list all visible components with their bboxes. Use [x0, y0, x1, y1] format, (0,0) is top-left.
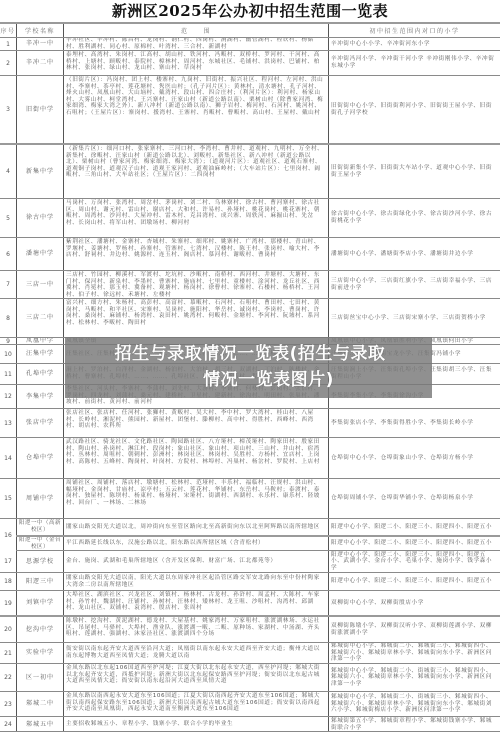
feeder-primary-text: 辛冲街冯河小学、辛冲街干河小学 辛冲街刚伟小学、辛冲街东城小学: [331, 56, 498, 69]
row-number-cell: 16: [0, 519, 16, 551]
school-name: 思源学校: [26, 558, 54, 566]
feeder-primary-cell: 辛冲街中心小小学、辛冲街河东小学: [328, 38, 500, 50]
enrollment-range-text: 紫荆社区、潘塘村、金寨村、杏城村、朱寨村、细邦村、姚寨村、广湾村、那楼村、青山村…: [66, 239, 326, 259]
feeder-primary-cell: 李集街张店小学、李集街得胜小学、李集街长岭小学: [328, 409, 500, 437]
feeder-primary-text: 阳逻中心小学、阳逻二小、阳逻三小、阳逻四小、阳逻五小: [331, 524, 498, 531]
table-row: 17思源学校金台、施岗、武湖和毛巢所辖地区（含开发区保利、财富广场、江北都苑等）…: [0, 550, 500, 572]
enrollment-range-cell: 閣家山路交阳光大道以北，周冲街向东至管区路向北至高新街向东以北至阿辉路以南所辖地…: [63, 519, 328, 535]
school-name: 阳逻一中（高新校区）: [17, 520, 63, 534]
header-primary-label: 初中招生范围内对口的小学: [369, 26, 459, 35]
school-name-cell: 辛冲二中: [16, 51, 63, 75]
row-number: 1: [6, 41, 10, 48]
feeder-primary-text: 邾城街中心小学、邾城街二小、街城街三小、邾城街四小、邾城街六小、邾城街章林小学、…: [331, 668, 498, 688]
header-no-label: 序号: [0, 26, 15, 35]
feeder-primary-cell: 邾城街第五小学、邾城街章程小学、邾城街钱寨小学、邾城街联合小学: [328, 717, 500, 732]
feeder-primary-text: 仓埠街周铺小学、仓埠街华铺小学、仓埠街杨泉小学: [331, 495, 498, 502]
feeder-primary-text: 阳逻中心小学、阳逻二小、阳逻三小、阳逻四小、阳逻五小: [331, 540, 498, 547]
table-row: 阳逻一中（金台校区）平江西路延长线以东，汉施公路以北，阳东路以西所辖区域（含青松…: [0, 535, 500, 550]
row-number: 17: [4, 558, 12, 565]
enrollment-range-cell: 周铺社区、周铺村、落店村、墩塘村、松林村、范垭村、丰乐村、福临村、汪规村、洪山村…: [63, 479, 328, 518]
enrollment-range-text: 三店村、竹园村、柳溪村、军渡村、坨坑村、沙畈村、南桥村、西河村、井塘村、大塘村、…: [66, 272, 326, 298]
enrollment-range-cell: （旧街片区）：冯岗村、团上村、楼寨村、九岗村、旧街村、振兴社区、程河村、左河村、…: [63, 76, 328, 143]
row-number: 7: [6, 281, 10, 288]
school-name: 孔埠中学: [26, 370, 54, 378]
table-row: 20挖沟中学陈墩村、挖沟村、黄泥湖村、德龙村、大屋基村、姚家湾村、万家咀村、涨渡…: [0, 615, 500, 642]
table-row: 7三店一中三店村、竹园村、柳溪村、军渡村、坨坑村、沙畈村、南桥村、西河村、井塘村…: [0, 270, 500, 298]
table-row: 22区一初中金凤东路以北东起106国道西至护河堤；江夏大街以北东起永安大道，西至…: [0, 663, 500, 691]
row-number-cell: 5: [0, 199, 16, 237]
feeder-primary-cell: 仓埠街周铺小学、仓埠街华铺小学、仓埠街杨泉小学: [328, 479, 500, 518]
row-number-cell: 18: [0, 573, 16, 590]
feeder-primary-text: 阳逻中心小学、阳逻二小、阳逻三小、阳逻四小、阳逻五小: [331, 578, 498, 585]
enrollment-range-text: 主要招收邾城五小、章程小学、钱寨小学、联合小学的毕业生: [66, 721, 233, 728]
feeder-primary-cell: 旧街街新集小学、旧街街大车站小学、道观中心小学、旧街街王屋小学: [328, 145, 500, 198]
school-name: 三店一中: [26, 281, 54, 289]
table-row: 8三店二中富兴村、细方村、朱杨村、高彭村、高富村、慕畈村、石河村、石咀村、曹田村…: [0, 298, 500, 337]
school-name-cell: 区一初中: [16, 664, 63, 691]
school-name-cell: 徐古中学: [16, 199, 63, 237]
header-school: 学校名称: [16, 24, 63, 37]
feeder-primary-text: 三店街中心小学、三店街红旗小学、三店街幸福小学、三店街前进小学: [331, 278, 498, 291]
row-number: 16: [4, 532, 12, 539]
school-name: 挖沟中学: [26, 626, 54, 634]
row-number-cell: 20: [0, 617, 16, 642]
header-range-label: 范 围: [181, 26, 211, 35]
school-name: 潘塘中学: [26, 250, 54, 258]
feeder-primary-cell: 三店街中心小学、三店街红旗小学、三店街幸福小学、三店街前进小学: [328, 271, 500, 298]
row-number-cell: 10: [0, 345, 16, 363]
feeder-primary-cell: 阳逻中心小学、阳逻二小、阳逻三小、阳逻四小、阳逻五小: [328, 573, 500, 590]
enrollment-range-cell: 大埠社区、湖滨社区、兴龙社区、刘镇村、杨林村、古龙村、孙浒村、周孟村、大陈村、车…: [63, 591, 328, 615]
feeder-primary-text: 旧街街中心小学、旧街街利河小学、旧街街王屋小学、旧街街孔子河学校: [331, 103, 498, 116]
feeder-primary-text: 邾城街中心小学、邾城街二小、邾城街三小、邾城街四小、邾城街六小、邾城街章林小学、…: [331, 643, 498, 663]
enrollment-range-text: 富兴村、细方村、朱杨村、高彭村、高富村、慕畈村、石河村、石咀村、曹田村、七田村、…: [66, 300, 326, 326]
row-number: 14: [4, 455, 12, 462]
school-name-cell: 旧街中学: [16, 76, 63, 143]
feeder-primary-cell: 三店街丝宝中心小学、三店街宋寨小学、三店街贺桥小学: [328, 299, 500, 337]
enrollment-range-cell: （新集片区）：细河口村、张家寨村、三河口村、李湾村、曹井村、道观村、九明村、万全…: [63, 145, 328, 198]
enrollment-range-cell: 武汉路社区、骑龙社区、文化路社区、陶园路社区、八方垭村、樟茂垭村、陶家田村、殷家…: [63, 438, 328, 478]
row-number-cell: 11: [0, 364, 16, 384]
watermark-overlay: 招生与录取情况一览表(招生与录取 情况一览表图片): [65, 337, 432, 398]
feeder-primary-cell: 邾城街中心小学、邾城街二小、街城街三小、邾城街四小、邾城街六小、邾城街章林小学、…: [328, 692, 500, 716]
table-row: 23邾城二中金凤东路以南西起永安大道东至106国道；江夏大街以南西起齐安大道东至…: [0, 691, 500, 716]
row-number: 4: [6, 168, 10, 175]
feeder-primary-cell: 邾城街中心小学、邾城街二小、街城街三小、邾城街四小、邾城街六小、邾城街章林小学、…: [328, 664, 500, 691]
table-row: 24邾城五中主要招收邾城五小、章程小学、钱寨小学、联合小学的毕业生邾城街第五小学…: [0, 716, 500, 732]
row-number-cell: 2: [0, 51, 16, 75]
feeder-primary-text: 双柳街陈墩小学、双柳街汉听小学、双柳街莲湖小学、双柳街涨渡湖小学: [331, 623, 498, 636]
table-row: 18阳逻三中閣家山路交阳光大道以南，阳光大道以东周家冲社区起沿管区路交军安北路向…: [0, 572, 500, 590]
row-number-cell: 24: [0, 717, 16, 732]
school-name: 阳逻一中（金台校区）: [17, 537, 63, 550]
row-number: 10: [4, 351, 12, 358]
feeder-primary-text: 徐古街中心小学、徐古街绿化小学、徐古街沙河小学、徐古街桃花小学: [331, 211, 498, 224]
table-row: 19刘镇中学大埠社区、湖滨社区、兴龙社区、刘镇村、杨林村、古龙村、孙浒村、周孟村…: [0, 590, 500, 615]
table-row: 13张店中学张店社区、张店村、任河村、张狮村、黄畈村、吴大村、李中村、罗大湾村、…: [0, 408, 500, 437]
header-primary: 初中招生范围内对口的小学: [328, 24, 500, 37]
enrollment-range-cell: 金凤东路以南西起永安大道东至106国道；江夏大街以南西起齐安大道东至106国道；…: [63, 692, 328, 716]
school-name-cell: 实验中学: [16, 643, 63, 663]
row-number-cell: 7: [0, 271, 16, 298]
table-row: 21实验中学衙安街以南东起齐安大道西至沿河大道；凤凰街以南东起永安大道西至齐安大…: [0, 642, 500, 663]
enrollment-range-text: 衙安街以南东起齐安大道西至沿河大道；凤凰街以南东起永安大道西至齐安大道；衡州大道…: [66, 646, 326, 659]
school-name: 仓埠中学: [26, 454, 54, 462]
enrollment-range-cell: 马岗村、万岗村、张湾村、周岔村、茅岗村、刘二村、乌林寮村、徐古村、曹河寨村、徐古…: [63, 199, 328, 237]
school-name: 刘镇中学: [26, 599, 54, 607]
school-name: 阳逻三中: [26, 578, 54, 586]
table-row: 4新集中学（新集片区）：细河口村、张家寨村、三河口村、李湾村、曹井村、道观村、九…: [0, 143, 500, 198]
school-name-cell: 新集中学: [16, 145, 63, 198]
table-row: 15周铺中学周铺社区、周铺村、落店村、墩塘村、松林村、范垭村、丰乐村、福临村、汪…: [0, 478, 500, 518]
school-name: 旧街中学: [26, 106, 54, 114]
enrollment-range-text: 辛冲社区、辛冲村、陈昌村、龙岗村、钢仁村、四岗村、涧湖村、幽管湖村、程铁村、杨储…: [66, 38, 326, 50]
enrollment-range-cell: 衙安街以南东起齐安大道西至沿河大道；凤凰街以南东起永安大道西至齐安大道；衡州大道…: [63, 643, 328, 663]
row-number: 2: [6, 60, 10, 67]
feeder-primary-cell: 阳逻中心小学、阳逻二小、阳逻三小、阳逻四小、阳逻五小、武湖小学、金台小学、毛巢小…: [328, 551, 500, 572]
school-name-cell: 阳逻三中: [16, 573, 63, 590]
school-name-cell: 阳逻一中（高新校区）: [16, 519, 63, 535]
school-name: 辛冲一中: [26, 40, 54, 48]
row-number-cell: 1: [0, 38, 16, 50]
table-row: 5徐古中学马岗村、万岗村、张湾村、周岔村、茅岗村、刘二村、乌林寮村、徐古村、曹河…: [0, 198, 500, 237]
enrollment-range-text: 周铺社区、周铺村、落店村、墩塘村、松林村、范垭村、丰乐村、福临村、汪规村、洪山村…: [66, 480, 326, 506]
header-no: 序号: [0, 24, 16, 37]
enrollment-range-cell: 泰埋村、高湾村、朱岗村、江高村、胡山村、铁河村、冯畈村、双桥村、罗河村、干河村、…: [63, 51, 328, 75]
table-row: 3旧街中学（旧街片区）：冯岗村、团上村、楼寨村、九岗村、旧街村、振兴社区、程河村…: [0, 75, 500, 143]
row-number: 21: [4, 650, 12, 657]
school-name: 邾城二中: [26, 700, 54, 708]
row-number: 18: [4, 578, 12, 585]
school-name-cell: 刘镇中学: [16, 591, 63, 615]
enrollment-range-cell: 三店村、竹园村、柳溪村、军渡村、坨坑村、沙畈村、南桥村、西河村、井塘村、大塘村、…: [63, 271, 328, 298]
enrollment-range-cell: 陈墩村、挖沟村、黄泥湖村、德龙村、大屋基村、姚家湾村、万家咀村、涨渡湖林场、水运…: [63, 617, 328, 642]
school-name-cell: 思源学校: [16, 551, 63, 572]
school-name-cell: 辛冲一中: [16, 38, 63, 50]
enrollment-range-text: （新集片区）：细河口村、张家寨村、三河口村、李湾村、曹井村、道观村、九明村、万全…: [66, 146, 326, 179]
enrollment-range-text: 张店社区、张店村、任河村、张狮村、黄畈村、吴大村、李中村、罗大湾村、桂山村、八屋…: [66, 410, 326, 430]
table-row: 16阳逻一中（高新校区）閣家山路交阳光大道以北，周冲街向东至管区路向北至高新街向…: [0, 518, 500, 535]
feeder-primary-cell: 仓埠街中心小学、仓埠街象山小学、仓埠街方杨小学: [328, 438, 500, 478]
row-number: 22: [4, 674, 12, 681]
feeder-primary-text: 三店街丝宝中心小学、三店街宋寨小学、三店街贺桥小学: [331, 315, 498, 322]
feeder-primary-cell: 徐古街中心小学、徐古街绿化小学、徐古街沙河小学、徐古街桃花小学: [328, 199, 500, 237]
enrollment-range-cell: 金凤东路以北东起106国道西至护河堤；江夏大街以北东起永安大道，西至护河堤；邾城…: [63, 664, 328, 691]
enrollment-range-text: 武汉路社区、骑龙社区、文化路社区、陶园路社区、八方垭村、樟茂垭村、陶家田村、殷家…: [66, 439, 326, 465]
enrollment-range-text: 平江西路延长线以东，汉施公路以北，阳东路以西所辖区域（含青松村）: [66, 540, 264, 547]
school-name-cell: 张店中学: [16, 409, 63, 437]
row-number: 11: [4, 371, 12, 378]
table-row: 14仓埠中学武汉路社区、骑龙社区、文化路社区、陶园路社区、八方垭村、樟茂垭村、陶…: [0, 437, 500, 478]
feeder-primary-cell: 旧街街中心小学、旧街街利河小学、旧街街王屋小学、旧街街孔子河学校: [328, 76, 500, 143]
row-number-cell: 19: [0, 591, 16, 615]
enrollment-range-cell: 富兴村、细方村、朱杨村、高彭村、高富村、慕畈村、石河村、石咀村、曹田村、七田村、…: [63, 299, 328, 337]
feeder-primary-text: 邾城街第五小学、邾城街章程小学、邾城街钱寨小学、邾城街联合小学: [331, 718, 498, 731]
feeder-primary-cell: 潘塘街中心小学、潘塘街李店小学、潘塘街井边小学: [328, 238, 500, 270]
enrollment-range-text: 金台、施岗、武湖和毛巢所辖地区（含开发区保利、财富广场、江北都苑等）: [66, 558, 277, 565]
school-name: 区一初中: [26, 674, 54, 682]
feeder-primary-text: 旧街街新集小学、旧街街大车站小学、道观中心小学、旧街街王屋小学: [331, 165, 498, 178]
school-name: 新集中学: [26, 168, 54, 176]
feeder-primary-text: 李集街张店小学、李集街得胜小学、李集街长岭小学: [331, 420, 498, 427]
school-name-cell: 三店二中: [16, 299, 63, 337]
row-number: 6: [6, 251, 10, 258]
feeder-primary-cell: 双柳街陈墩小学、双柳街汉听小学、双柳街莲湖小学、双柳街涨渡湖小学: [328, 617, 500, 642]
school-name: 辛冲二中: [26, 59, 54, 67]
enrollment-range-text: 金凤东路以南西起永安大道东至106国道；江夏大街以南西起齐安大道东至106国道；…: [66, 693, 326, 713]
row-number-cell: 6: [0, 238, 16, 270]
row-number: 3: [6, 106, 10, 113]
overlay-line-1: 招生与录取情况一览表(招生与录取: [25, 341, 475, 367]
row-number: 8: [6, 315, 10, 322]
school-name-cell: 仓埠中学: [16, 438, 63, 478]
row-number-cell: 15: [0, 479, 16, 518]
feeder-primary-text: 辛冲街中心小小学、辛冲街河东小学: [331, 41, 498, 48]
school-name-cell: 潘塘中学: [16, 238, 63, 270]
enrollment-range-cell: 张店社区、张店村、任河村、张狮村、黄畈村、吴大村、李中村、罗大湾村、桂山村、八屋…: [63, 409, 328, 437]
feeder-primary-text: 双柳街中心小学、双柳街殷店小学: [331, 600, 498, 607]
school-name: 李集中学: [26, 393, 54, 401]
header-school-label: 学校名称: [25, 26, 55, 35]
enrollment-range-cell: 主要招收邾城五小、章程小学、钱寨小学、联合小学的毕业生: [63, 717, 328, 732]
school-name: 三店二中: [26, 314, 54, 322]
school-name: 实验中学: [26, 649, 54, 657]
enrollment-range-text: 金凤东路以北东起106国道西至护河堤；江夏大街以北东起永安大道，西至护河堤；邾城…: [66, 665, 326, 685]
enrollment-range-cell: 閣家山路交阳光大道以南，阳光大道以东周家冲社区起沿管区路交军安北路向东至中份村陶…: [63, 573, 328, 590]
row-number: 5: [6, 215, 10, 222]
school-name: 周铺中学: [26, 495, 54, 503]
school-name-cell: 周铺中学: [16, 479, 63, 518]
enrollment-range-text: 閣家山路交阳光大道以北，周冲街向东至管区路向北至高新街向东以北至阿辉路以南所辖地…: [66, 524, 320, 531]
enrollment-range-text: （旧街片区）：冯岗村、团上村、楼寨村、九岗村、旧街村、振兴社区、程河村、左河村、…: [66, 77, 326, 117]
row-number: 23: [4, 701, 12, 708]
feeder-primary-text: 仓埠街中心小学、仓埠街象山小学、仓埠街方杨小学: [331, 455, 498, 462]
row-number-cell: 17: [0, 551, 16, 572]
school-name-cell: 邾城二中: [16, 692, 63, 716]
overlay-line-2: 情况一览表图片): [105, 367, 432, 393]
overlay-caption: 招生与录取情况一览表(招生与录取 情况一览表图片): [65, 337, 432, 398]
row-number-cell: 22: [0, 664, 16, 691]
row-number-cell: 4: [0, 145, 16, 198]
school-name-cell: 孔埠中学: [16, 364, 63, 384]
school-name-cell: 挖沟中学: [16, 617, 63, 642]
feeder-primary-text: 潘塘街中心小学、潘塘街李店小学、潘塘街井边小学: [331, 251, 498, 258]
row-number: 24: [4, 721, 12, 728]
feeder-primary-cell: 辛冲街冯河小学、辛冲街干河小学 辛冲街刚伟小学、辛冲街东城小学: [328, 51, 500, 75]
header-range: 范 围: [63, 24, 328, 37]
row-number-cell: 14: [0, 438, 16, 478]
enrollment-range-cell: 金台、施岗、武湖和毛巢所辖地区（含开发区保利、财富广场、江北都苑等）: [63, 551, 328, 572]
school-name: 邾城五中: [26, 721, 54, 729]
enrollment-range-text: 大埠社区、湖滨社区、兴龙社区、刘镇村、杨林村、古龙村、孙浒村、周孟村、大陈村、车…: [66, 592, 326, 612]
row-number: 13: [4, 420, 12, 427]
feeder-primary-cell: 邾城街中心小学、邾城街二小、邾城街三小、邾城街四小、邾城街六小、邾城街章林小学、…: [328, 643, 500, 663]
enrollment-range-cell: 辛冲社区、辛冲村、陈昌村、龙岗村、钢仁村、四岗村、涧湖村、幽管湖村、程铁村、杨储…: [63, 38, 328, 50]
school-name: 徐古中学: [26, 214, 54, 222]
school-name-cell: 三店一中: [16, 271, 63, 298]
school-name-cell: 邾城五中: [16, 717, 63, 732]
row-number-cell: 8: [0, 299, 16, 337]
table-row: 1辛冲一中辛冲社区、辛冲村、陈昌村、龙岗村、钢仁村、四岗村、涧湖村、幽管湖村、程…: [0, 37, 500, 50]
row-number-cell: 13: [0, 409, 16, 437]
enrollment-range-text: 閣家山路交阳光大道以南，阳光大道以东周家冲社区起沿管区路交军安北路向东至中份村陶…: [66, 575, 326, 588]
enrollment-range-cell: 紫荆社区、潘塘村、金寨村、杏城村、朱寨村、细邦村、姚寨村、广湾村、那楼村、青山村…: [63, 238, 328, 270]
enrollment-range-text: 马岗村、万岗村、张湾村、周岔村、茅岗村、刘二村、乌林寮村、徐古村、曹河寨村、徐古…: [66, 200, 326, 226]
school-name-cell: 阳逻一中（金台校区）: [16, 537, 63, 550]
row-number: 19: [4, 600, 12, 607]
row-number-cell: 12: [0, 385, 16, 408]
table-header-row: 序号 学校名称 范 围 初中招生范围内对口的小学: [0, 22, 500, 37]
feeder-primary-cell: 双柳街中心小学、双柳街殷店小学: [328, 591, 500, 615]
row-number-cell: 23: [0, 692, 16, 716]
row-number: 12: [4, 393, 12, 400]
feeder-primary-cell: 阳逻中心小学、阳逻二小、阳逻三小、阳逻四小、阳逻五小: [328, 537, 500, 550]
feeder-primary-text: 阳逻中心小学、阳逻二小、阳逻三小、阳逻四小、阳逻五小、武湖小学、金台小学、毛巢小…: [331, 552, 498, 572]
enrollment-range-text: 泰埋村、高湾村、朱岗村、江高村、胡山村、铁河村、冯畈村、双桥村、罗河村、干河村、…: [66, 52, 326, 72]
enrollment-range-cell: 平江西路延长线以东，汉施公路以北，阳东路以西所辖区域（含青松村）: [63, 537, 328, 550]
feeder-primary-cell: 阳逻中心小学、阳逻二小、阳逻三小、阳逻四小、阳逻五小: [328, 519, 500, 535]
row-number: 15: [4, 495, 12, 502]
table-row: 6潘塘中学紫荆社区、潘塘村、金寨村、杏城村、朱寨村、细邦村、姚寨村、广湾村、那楼…: [0, 237, 500, 270]
school-name: 张店中学: [26, 419, 54, 427]
document-title: 新洲区2025年公办初中招生范围一览表: [0, 0, 500, 22]
row-number: 20: [4, 626, 12, 633]
school-name-cell: 李集中学: [16, 385, 63, 408]
feeder-primary-text: 邾城街中心小学、邾城街二小、街城街三小、邾城街四小、邾城街六小、邾城街章林小学、…: [331, 694, 498, 714]
table-row: 2辛冲二中泰埋村、高湾村、朱岗村、江高村、胡山村、铁河村、冯畈村、双桥村、罗河村…: [0, 50, 500, 75]
row-number-cell: 3: [0, 76, 16, 143]
enrollment-range-text: 陈墩村、挖沟村、黄泥湖村、德龙村、大屋基村、姚家湾村、万家咀村、涨渡湖林场、水运…: [66, 618, 326, 638]
row-number-cell: 21: [0, 643, 16, 663]
